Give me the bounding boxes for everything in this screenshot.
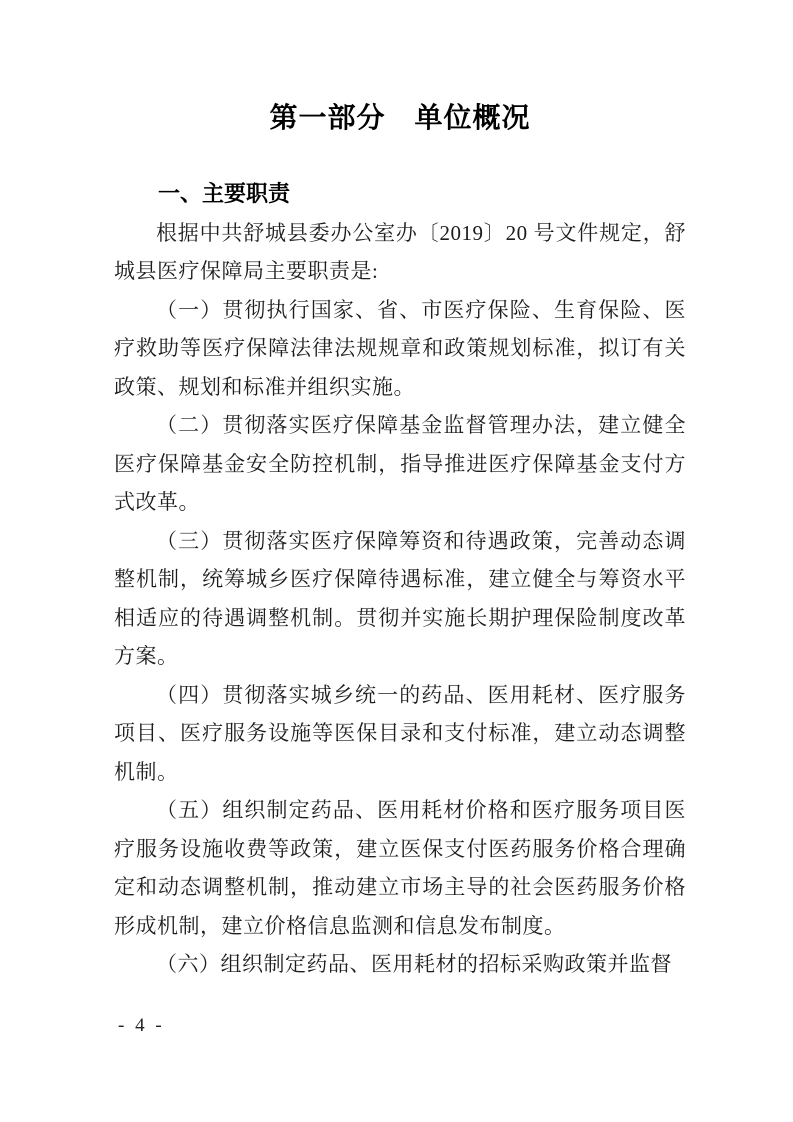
page-title: 第一部分 单位概况	[114, 95, 686, 141]
document-content: 第一部分 单位概况 一、主要职责 根据中共舒城县委办公室办〔2019〕20 号文…	[114, 0, 686, 984]
body-paragraph: （六）组织制定药品、医用耗材的招标采购政策并监督	[114, 945, 686, 984]
body-paragraph: （四）贯彻落实城乡统一的药品、医用耗材、医疗服务项目、医疗服务设施等医保目录和支…	[114, 676, 686, 792]
body-paragraph: （一）贯彻执行国家、省、市医疗保险、生育保险、医疗救助等医疗保障法律法规规章和政…	[114, 291, 686, 407]
page-number: - 4 -	[118, 1013, 165, 1039]
body-paragraph: （二）贯彻落实医疗保障基金监督管理办法，建立健全医疗保障基金安全防控机制，指导推…	[114, 406, 686, 522]
body-paragraph: （五）组织制定药品、医用耗材价格和医疗服务项目医疗服务设施收费等政策，建立医保支…	[114, 791, 686, 945]
body-paragraph: （三）贯彻落实医疗保障筹资和待遇政策，完善动态调整机制，统筹城乡医疗保障待遇标准…	[114, 522, 686, 676]
body-paragraph: 根据中共舒城县委办公室办〔2019〕20 号文件规定，舒城县医疗保障局主要职责是…	[114, 214, 686, 291]
section-heading: 一、主要职责	[114, 175, 686, 214]
document-page: 第一部分 单位概况 一、主要职责 根据中共舒城县委办公室办〔2019〕20 号文…	[0, 0, 793, 1122]
